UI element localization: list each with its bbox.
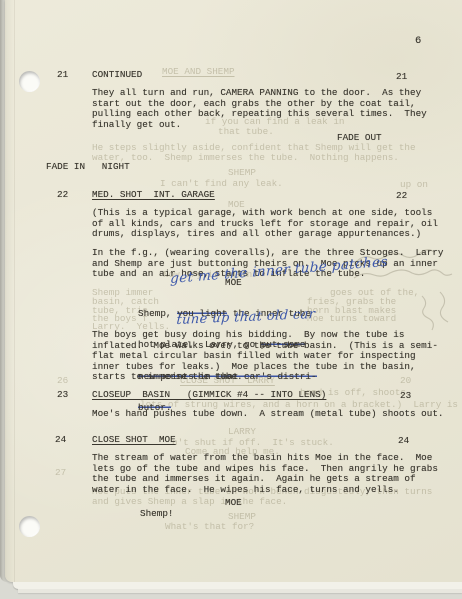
scene-23-number-left: 23 (57, 390, 68, 401)
bleed-line: MOE AND SHEMP (162, 67, 235, 78)
script-page-scan: MOE AND SHEMP if you can find a leak in … (0, 0, 462, 599)
bleed-line: and gives Shemp a slap in the face. (92, 497, 287, 508)
scene-21-action: They all turn and run, CAMERA PANNING to… (92, 88, 448, 130)
scene-22-number-right: 22 (396, 191, 407, 202)
scene-22-action-3: The boys get busy doing his bidding. By … (92, 330, 452, 383)
page-number: 6 (415, 36, 421, 47)
punch-hole-top (19, 71, 40, 92)
character-cue-moe-2: MOE (225, 498, 242, 509)
scene-23-heading: CLOSEUP BASIN (GIMMICK #4 -- INTO LENS) (92, 390, 326, 401)
fade-in-transition: FADE IN NIGHT (46, 162, 130, 173)
scene-23-number-right: 23 (400, 391, 411, 402)
scene-24-number-left: 24 (55, 435, 66, 446)
bleed-line: up on (400, 180, 428, 191)
bleed-line: 26 (57, 376, 68, 387)
fade-out-transition: FADE OUT (337, 133, 382, 144)
bleed-line: water, too. Shemp immerses the tube. Not… (92, 153, 399, 164)
scene-24-heading: CLOSE SHOT MOE (92, 435, 176, 446)
bleed-line: What's that for? (165, 522, 254, 533)
moe-dialogue-2: Shemp! (140, 509, 173, 520)
scene-24-number-right: 24 (398, 436, 409, 447)
scene-21-heading: CONTINUED (92, 70, 142, 81)
page-stack-edge-1 (13, 582, 462, 589)
bleed-line: I can't find any leak. (160, 179, 283, 190)
bleed-line: 27 (55, 468, 66, 479)
scene-22-heading: MED. SHOT INT. GARAGE (92, 190, 215, 201)
dialogue-text: Shemp, (138, 308, 177, 319)
scene-24-action: The stream of water from the basin hits … (92, 453, 452, 495)
page-stack-edge-2 (18, 589, 462, 593)
scene-22-action-1: (This is a typical garage, with work ben… (92, 208, 452, 240)
bleed-line: SHEMP (228, 168, 256, 179)
scene-23-action: Moe's hand pushes tube down. A stream (m… (92, 409, 454, 420)
scene-22-number-left: 22 (57, 190, 68, 201)
punch-hole-bottom (19, 516, 40, 537)
scene-21-number-left: 21 (57, 70, 68, 81)
page-crease-line (14, 0, 15, 582)
scene-21-number-right: 21 (396, 72, 407, 83)
